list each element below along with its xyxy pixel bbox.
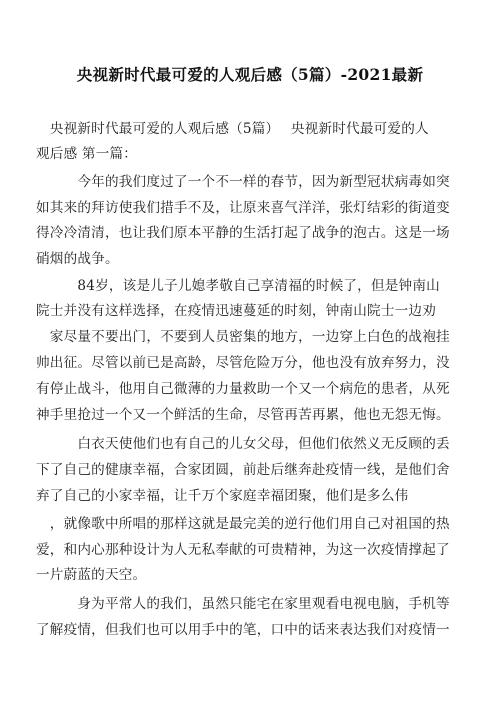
text-line: ，就像歌中所唱的那样这就是最完美的逆行他们用自己对祖国的热	[36, 512, 466, 532]
text-line: 如其来的拜访使我们措手不及，让原来喜气洋洋，张灯结彩的街道变	[36, 196, 466, 216]
text-line: 家尽量不要出门，不要到人员密集的地方，一边穿上白色的战袍挂	[36, 325, 466, 345]
text-line: 白衣天使他们也有自己的儿女父母，但他们依然义无反顾的丢	[36, 432, 466, 452]
text-line: 弃了自己的小家幸福，让千万个家庭幸福团聚，他们是多么伟	[36, 484, 466, 504]
text-line: 84岁，该是儿子儿媳孝敬自己享清福的时候了，但是钟南山	[36, 274, 466, 294]
text-line: 了解疫情，但我们也可以用手中的笔，口中的话来表达我们对疫情一	[36, 618, 466, 638]
text-line: 下了自己的健康幸福，合家团圆，前赴后继奔赴疫情一线，是他们舍	[36, 458, 466, 478]
text-line: 神手里抢过一个又一个鲜活的生命，尽管再苦再累，他也无怨无悔。	[36, 403, 466, 423]
text-line: 一片蔚蓝的天空。	[36, 563, 466, 583]
document-page: 央视新时代最可爱的人观后感（5篇）-2021最新 央视新时代最可爱的人观后感（5…	[0, 0, 500, 707]
text-line: 爱，和内心那种设计为人无私奉献的可贵精神，为这一次疫情撑起了	[36, 538, 466, 558]
text-line: 今年的我们度过了一个不一样的春节，因为新型冠状病毒如突	[36, 170, 466, 190]
text-line: 观后感 第一篇：	[36, 142, 466, 162]
text-line: 硝烟的战争。	[36, 247, 466, 267]
text-line: 身为平常人的我们，虽然只能宅在家里观看电视电脑，手机等	[36, 592, 466, 612]
text-line: 院士并没有这样选择，在疫情迅速蔓延的时刻，钟南山院士一边劝	[36, 299, 466, 319]
text-line: 帅出征。尽管以前已是高龄，尽管危险万分，他也没有放弃努力，没	[36, 351, 466, 371]
text-line: 得冷冷清清，也让我们原本平静的生活打起了战争的泡古。这是一场	[36, 221, 466, 241]
document-title: 央视新时代最可爱的人观后感（5篇）-2021最新	[0, 63, 500, 85]
text-line: 央视新时代最可爱的人观后感（5篇） 央视新时代最可爱的人	[36, 117, 466, 137]
text-line: 有停止战斗，他用自己微薄的力量救助一个又一个病危的患者，从死	[36, 377, 466, 397]
